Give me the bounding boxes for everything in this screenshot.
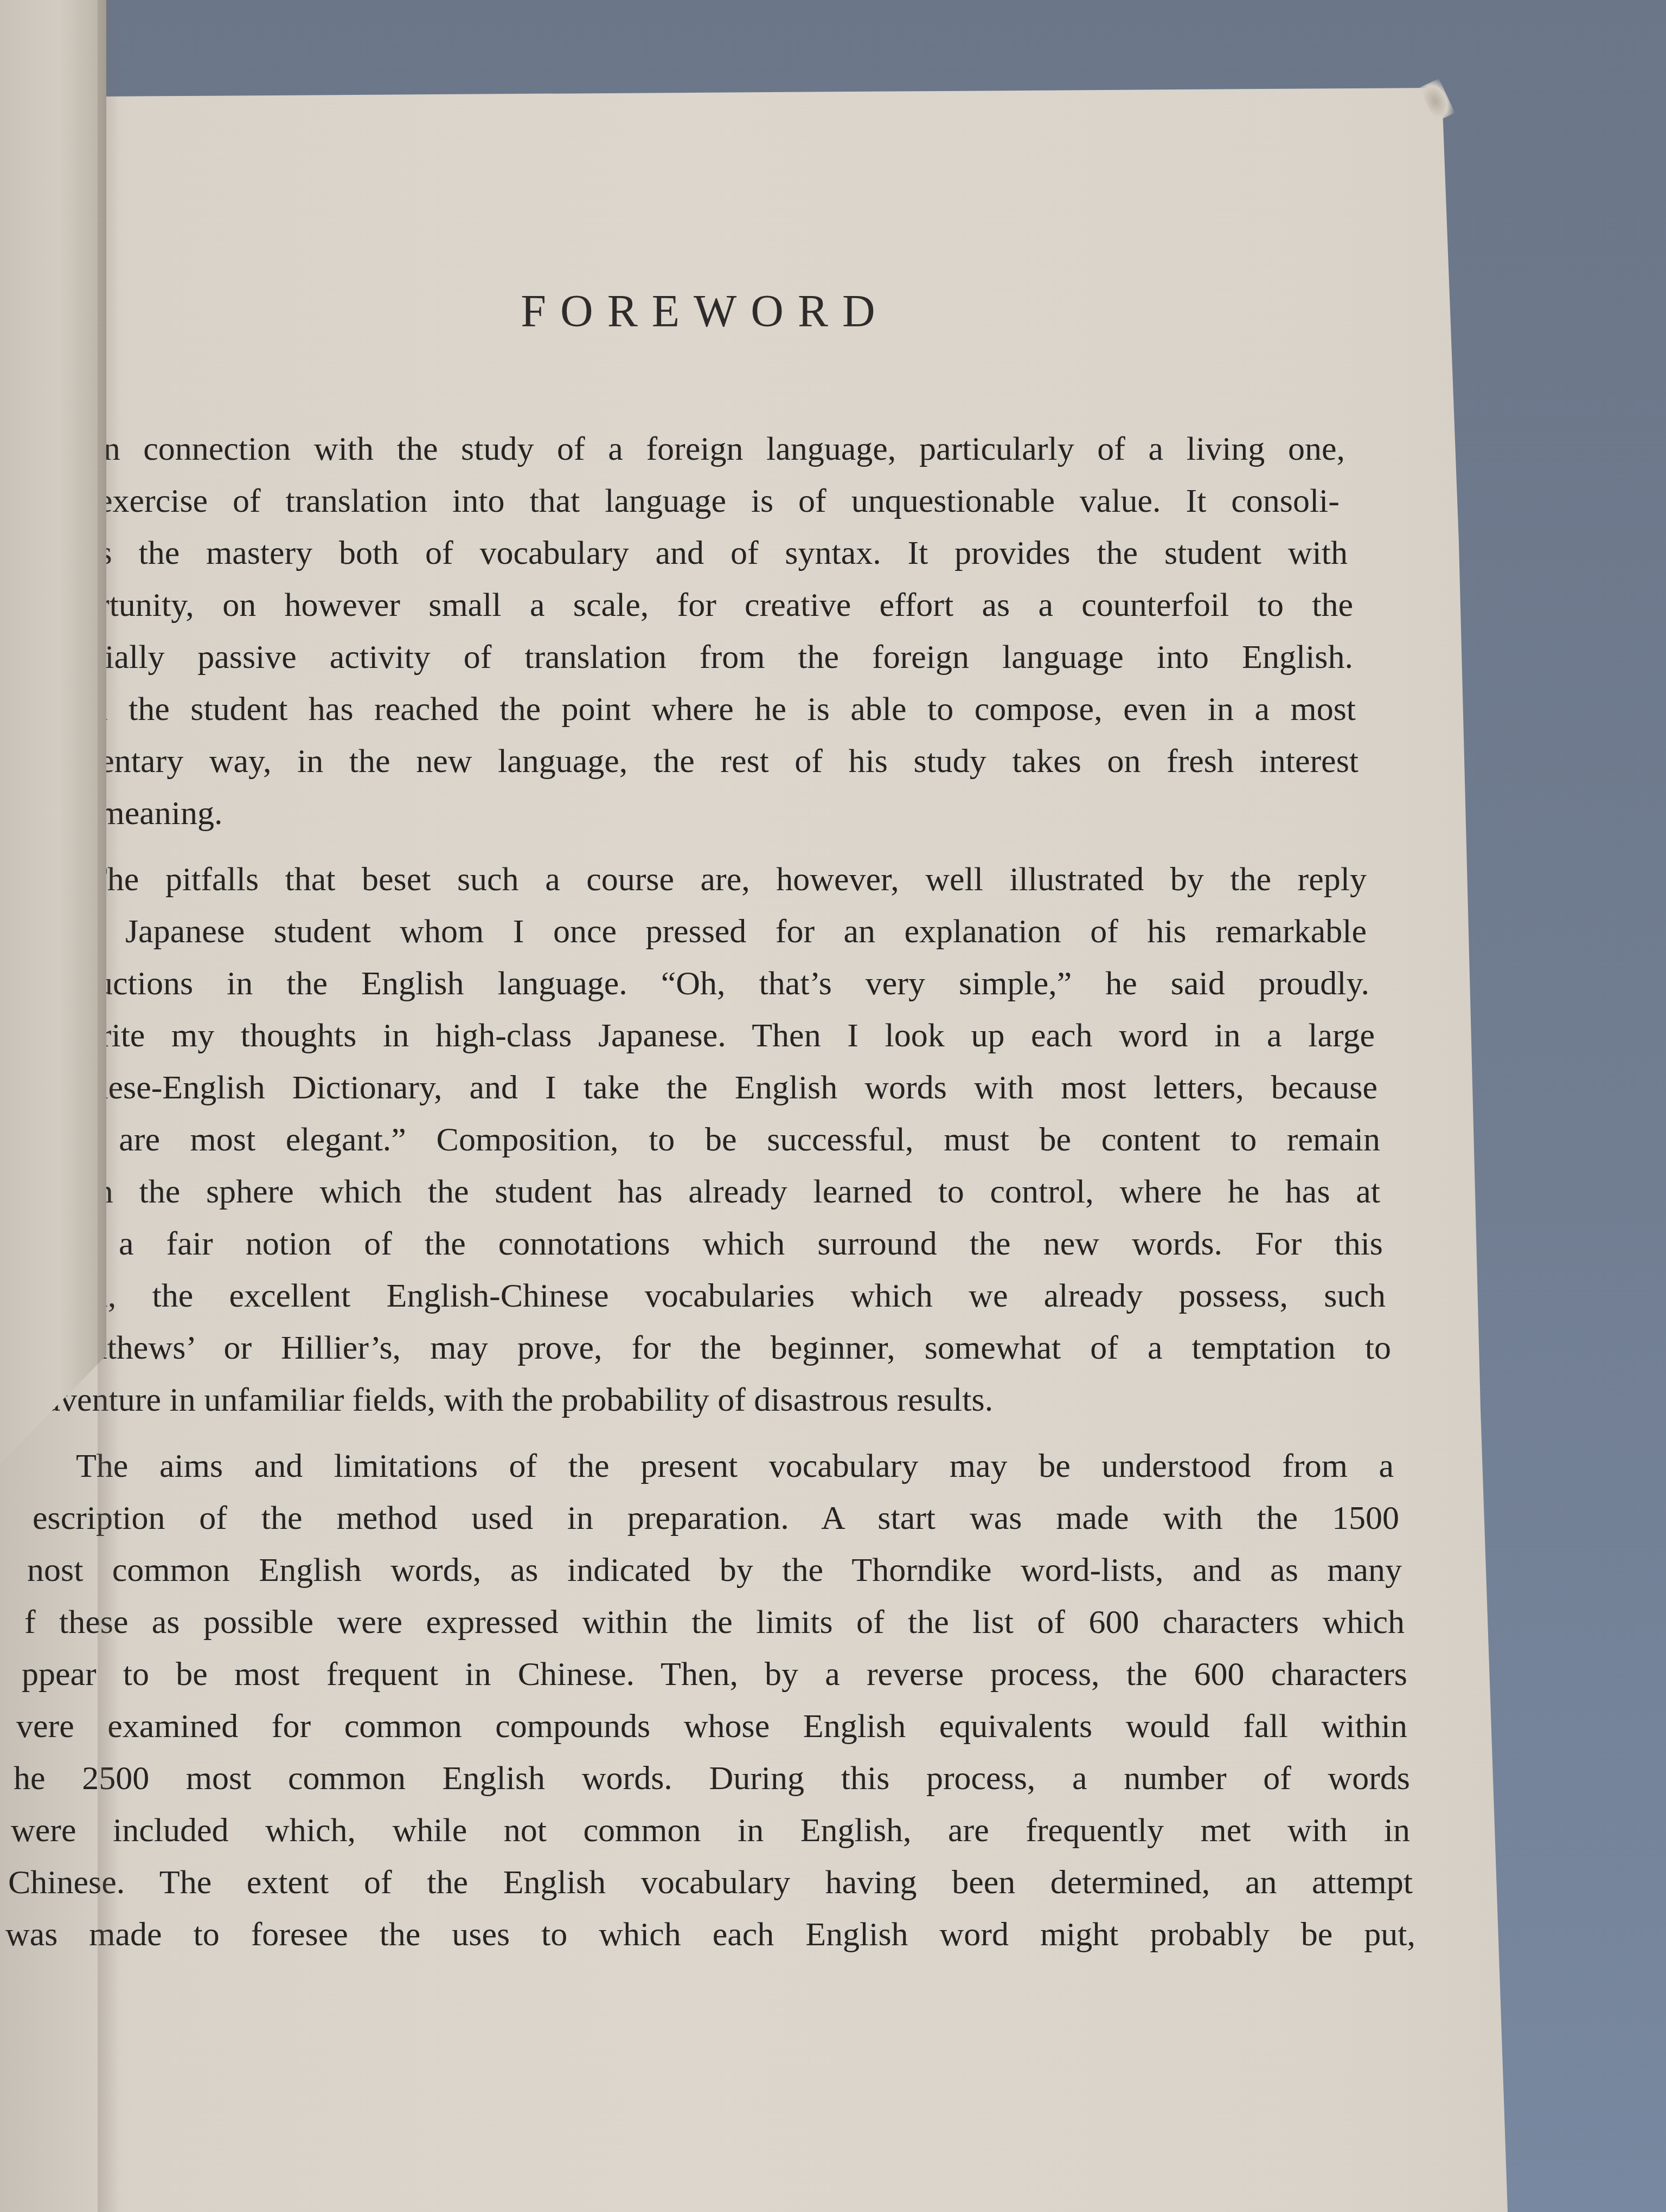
page-title: FOREWORD	[0, 285, 1399, 338]
text-line: Mathews’ or Hillier’s, may prove, for th…	[0, 1322, 1391, 1374]
text-line: exercise of translation into that langua…	[0, 475, 1340, 527]
text-line: es the mastery both of vocabulary and of…	[0, 527, 1348, 579]
text-line: dventure in unfamiliar fields, with the …	[0, 1374, 1388, 1426]
text-line: oductions in the English language. “Oh, …	[0, 957, 1369, 1009]
text-line: f these as possible were expressed withi…	[0, 1596, 1405, 1648]
text-line: nost common English words, as indicated …	[0, 1544, 1402, 1596]
text-line: The aims and limitations of the present …	[0, 1440, 1394, 1492]
text-line: Chinese. The extent of the English vocab…	[0, 1856, 1413, 1908]
text-line: ason, the excellent English-Chinese voca…	[0, 1270, 1386, 1322]
paragraph-2: The pitfalls that beset such a course ar…	[0, 853, 1421, 1426]
paragraph-1: In connection with the study of a foreig…	[0, 423, 1421, 839]
text-line: escription of the method used in prepara…	[0, 1492, 1399, 1544]
text-line: ithin the sphere which the student has a…	[0, 1166, 1380, 1218]
foreword-body: In connection with the study of a foreig…	[0, 423, 1421, 1975]
text-line: ey are most elegant.” Composition, to be…	[0, 1114, 1380, 1166]
book-page: FOREWORD In connection with the study of…	[0, 0, 1666, 2212]
text-line: ppear to be most frequent in Chinese. Th…	[0, 1648, 1407, 1700]
text-line: d meaning.	[0, 787, 1359, 839]
paragraph-3: The aims and limitations of the present …	[0, 1440, 1421, 1960]
text-line: en the student has reached the point whe…	[0, 683, 1356, 735]
text-line: vere examined for common compounds whose…	[0, 1700, 1407, 1752]
text-line: In connection with the study of a foreig…	[0, 423, 1345, 475]
text-line: mentary way, in the new language, the re…	[0, 735, 1359, 787]
text-line: ntially passive activity of translation …	[0, 631, 1353, 683]
text-line: a Japanese student whom I once pressed f…	[0, 905, 1367, 957]
text-line: he 2500 most common English words. Durin…	[0, 1752, 1410, 1804]
text-line: ortunity, on however small a scale, for …	[0, 579, 1353, 631]
text-line: The pitfalls that beset such a course ar…	[0, 853, 1367, 905]
text-line: panese-English Dictionary, and I take th…	[0, 1062, 1377, 1114]
text-line: ast a fair notion of the connotations wh…	[0, 1218, 1383, 1270]
spine-shadow	[98, 0, 119, 2212]
text-line: was made to foresee the uses to which ea…	[0, 1908, 1415, 1960]
text-line: write my thoughts in high-class Japanese…	[0, 1009, 1375, 1062]
text-line: were included which, while not common in…	[0, 1804, 1410, 1856]
